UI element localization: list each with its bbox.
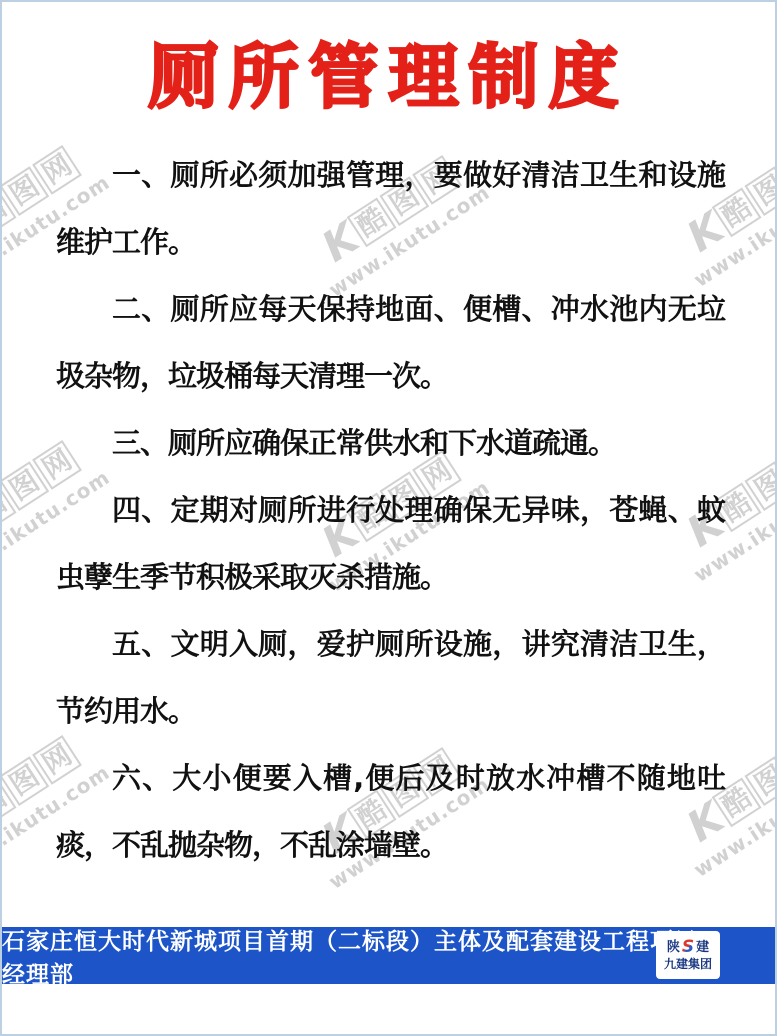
logo-s-mark-icon: S bbox=[682, 938, 694, 957]
rule-item-5: 五、文明入厕，爱护厕所设施，讲究清洁卫生，节约用水。 bbox=[56, 611, 725, 745]
logo-group-name: 九建集团 bbox=[664, 957, 712, 971]
rule-item-4: 四、定期对厕所进行处理确保无异味，苍蝇、蚊虫孽生季节积极采取灭杀措施。 bbox=[56, 477, 725, 611]
page-title: 厕所管理制度 bbox=[2, 32, 775, 123]
logo-char-left: 陕 bbox=[667, 941, 680, 955]
rule-item-3: 三、厕所应确保正常供水和下水道疏通。 bbox=[56, 410, 725, 477]
rule-item-6: 六、大小便要入槽,便后及时放水冲槽不随地吐痰，不乱抛杂物，不乱涂墙壁。 bbox=[56, 745, 725, 879]
company-logo: 陕 S 建 九建集团 bbox=[656, 931, 720, 979]
rule-item-1: 一、厕所必须加强管理，要做好清洁卫生和设施维护工作。 bbox=[56, 142, 725, 276]
company-logo-top: 陕 S 建 bbox=[667, 938, 709, 957]
poster-page: K 酷 图 网 www.ikutu.com K 酷 图 网 www.ikutu.… bbox=[0, 0, 777, 1036]
rules-list: 一、厕所必须加强管理，要做好清洁卫生和设施维护工作。 二、厕所应每天保持地面、便… bbox=[56, 142, 725, 879]
footer-bar: 石家庄恒大时代新城项目首期（二标段）主体及配套建设工程项目经理部 陕 S 建 九… bbox=[2, 927, 775, 984]
rule-item-2: 二、厕所应每天保持地面、便槽、冲水池内无垃圾杂物，垃圾桶每天清理一次。 bbox=[56, 276, 725, 410]
footer-company-text: 石家庄恒大时代新城项目首期（二标段）主体及配套建设工程项目经理部 bbox=[2, 923, 705, 989]
logo-char-right: 建 bbox=[696, 941, 709, 955]
